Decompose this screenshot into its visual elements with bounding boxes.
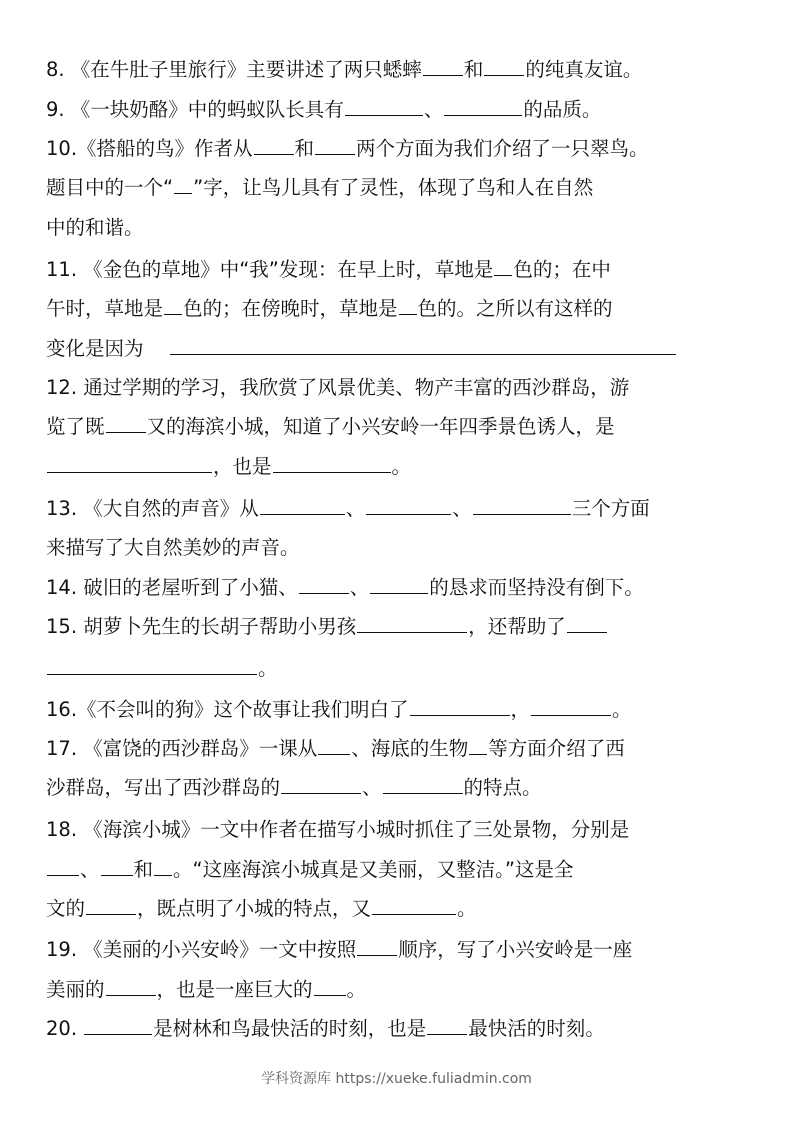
fill-in-blank[interactable] [494, 255, 512, 276]
line-text: 顺序，写了小兴安岭是一座 [398, 938, 632, 961]
fill-in-blank[interactable] [299, 573, 349, 594]
line-text: 又的海滨小城，知道了小兴安岭一年四季景色诱人，是 [147, 415, 615, 438]
line-text: 9. 《一块奶酪》中的蚂蚁队长具有 [46, 98, 344, 121]
line-text: 15. 胡萝卜先生的长胡子帮助小男孩 [46, 615, 356, 638]
line-text: 色的；在中 [513, 258, 611, 281]
fill-in-blank[interactable] [357, 935, 397, 956]
line-text: 14. 破旧的老屋听到了小猫、 [46, 576, 298, 599]
text-line: 、和。“这座海滨小城真是又美丽，又整洁。”这是全 [46, 855, 574, 885]
fill-in-blank[interactable] [531, 695, 611, 716]
fill-in-blank[interactable] [86, 894, 136, 915]
fill-in-blank[interactable] [106, 975, 156, 996]
fill-in-blank[interactable] [444, 95, 522, 116]
text-line: 览了既又的海滨小城，知道了小兴安岭一年四季景色诱人，是 [46, 412, 615, 442]
fill-in-blank[interactable] [345, 95, 423, 116]
text-line: 沙群岛，写出了西沙群岛的、的特点。 [46, 773, 542, 803]
fill-in-blank[interactable] [484, 55, 524, 76]
line-text: 中的和谐。 [46, 216, 144, 239]
line-text: 13. 《大自然的声音》从 [46, 497, 259, 520]
line-text: 午时，草地是 [46, 297, 163, 320]
line-text: 览了既 [46, 415, 105, 438]
text-line: 美丽的，也是一座巨大的。 [46, 975, 366, 1005]
line-text: 和 [464, 58, 484, 81]
fill-in-blank[interactable] [273, 452, 391, 473]
text-line: 16.《不会叫的狗》这个故事让我们明白了，。 [46, 695, 632, 725]
fill-in-blank[interactable] [427, 1014, 467, 1035]
line-text: 10.《搭船的鸟》作者从 [46, 137, 253, 160]
line-text: 来描写了大自然美妙的声音。 [46, 536, 300, 559]
line-text: 18. 《海滨小城》一文中作者在描写小城时抓住了三处景物，分别是 [46, 818, 629, 841]
line-text: ”字，让鸟儿具有了灵性，体现了鸟和人在自然 [193, 176, 593, 199]
fill-in-blank[interactable] [101, 855, 133, 876]
fill-in-blank[interactable] [357, 612, 467, 633]
fill-in-blank[interactable] [567, 612, 607, 633]
text-line: 14. 破旧的老屋听到了小猫、、的恳求而坚持没有倒下。 [46, 573, 644, 603]
line-text: 三个方面 [572, 497, 650, 520]
text-line: 9. 《一块奶酪》中的蚂蚁队长具有、的品质。 [46, 95, 601, 125]
line-text: 和 [134, 858, 154, 881]
line-text: 的纯真友谊。 [525, 58, 642, 81]
text-line: 12. 通过学期的学习，我欣赏了风景优美、物产丰富的西沙群岛，游 [46, 373, 629, 403]
fill-in-blank[interactable] [410, 695, 510, 716]
text-line: 13. 《大自然的声音》从、、三个方面 [46, 494, 650, 524]
text-line: 来描写了大自然美妙的声音。 [46, 533, 300, 563]
line-text: 。 [457, 897, 477, 920]
line-text: 沙群岛，写出了西沙群岛的 [46, 776, 280, 799]
line-text: 、海底的生物 [351, 737, 468, 760]
text-line: 中的和谐。 [46, 213, 144, 243]
fill-in-blank[interactable] [164, 294, 182, 315]
line-text: 题目中的一个“ [46, 176, 173, 199]
fill-in-blank[interactable] [254, 134, 294, 155]
fill-in-blank[interactable] [399, 294, 417, 315]
line-text: 、 [80, 858, 100, 881]
fill-in-blank[interactable] [106, 412, 146, 433]
fill-in-blank[interactable] [423, 55, 463, 76]
fill-in-blank[interactable] [318, 734, 350, 755]
line-text: 美丽的 [46, 978, 105, 1001]
line-text: 。 [258, 657, 278, 680]
text-line: ，也是。 [46, 452, 411, 482]
line-text: 的恳求而坚持没有倒下。 [429, 576, 644, 599]
text-line: 11. 《金色的草地》中“我”发现：在早上时，草地是色的；在中 [46, 255, 611, 285]
line-text: 16.《不会叫的狗》这个故事让我们明白了 [46, 698, 409, 721]
line-text: 色的；在傍晚时，草地是 [183, 297, 398, 320]
line-text: 色的。之所以有这样的 [418, 297, 613, 320]
worksheet-page: 8. 《在牛肚子里旅行》主要讲述了两只蟋蟀和的纯真友谊。9. 《一块奶酪》中的蚂… [0, 0, 793, 1122]
text-line: 午时，草地是色的；在傍晚时，草地是色的。之所以有这样的 [46, 294, 613, 324]
line-text: ，还帮助了 [468, 615, 566, 638]
text-line: 18. 《海滨小城》一文中作者在描写小城时抓住了三处景物，分别是 [46, 815, 629, 845]
line-text: 17. 《富饶的西沙群岛》一课从 [46, 737, 317, 760]
line-text: 。“这座海滨小城真是又美丽，又整洁。”这是全 [173, 858, 573, 881]
line-text: 、 [362, 776, 382, 799]
text-line: 变化是因为 [46, 334, 677, 364]
fill-in-blank[interactable] [174, 173, 192, 194]
footer-watermark: 学科资源库 https://xueke.fuliadmin.com [0, 1068, 793, 1088]
text-line: 文的，既点明了小城的特点，又。 [46, 894, 477, 924]
fill-in-blank[interactable] [469, 734, 487, 755]
line-text: ，也是一座巨大的 [157, 978, 313, 1001]
line-text: ，也是 [213, 455, 272, 478]
line-text: 。 [612, 698, 632, 721]
fill-in-blank[interactable] [370, 573, 428, 594]
fill-in-blank[interactable] [47, 855, 79, 876]
fill-in-blank[interactable] [372, 894, 456, 915]
fill-in-blank[interactable] [281, 773, 361, 794]
fill-in-blank[interactable] [366, 494, 451, 515]
line-text: 和 [295, 137, 315, 160]
line-text: 变化是因为 [46, 337, 169, 360]
line-text: 。 [347, 978, 367, 1001]
text-line: 。 [46, 654, 278, 684]
line-text: 、 [350, 576, 370, 599]
line-text: 20. [46, 1017, 83, 1040]
fill-in-blank[interactable] [314, 975, 346, 996]
text-line: 20. 是树林和鸟最快活的时刻，也是最快活的时刻。 [46, 1014, 605, 1044]
text-line: 19. 《美丽的小兴安岭》一文中按照顺序，写了小兴安岭是一座 [46, 935, 632, 965]
line-text: 的品质。 [523, 98, 601, 121]
line-text: 两个方面为我们介绍了一只翠鸟。 [356, 137, 649, 160]
line-text: 、 [424, 98, 444, 121]
fill-in-blank[interactable] [170, 334, 676, 355]
fill-in-blank[interactable] [260, 494, 345, 515]
line-text: 最快活的时刻。 [468, 1017, 605, 1040]
line-text: 。 [392, 455, 412, 478]
fill-in-blank[interactable] [84, 1014, 152, 1035]
line-text: ， [511, 698, 531, 721]
fill-in-blank[interactable] [47, 452, 212, 473]
fill-in-blank[interactable] [315, 134, 355, 155]
line-text: 12. 通过学期的学习，我欣赏了风景优美、物产丰富的西沙群岛，游 [46, 376, 629, 399]
line-text: ，既点明了小城的特点，又 [137, 897, 371, 920]
text-line: 8. 《在牛肚子里旅行》主要讲述了两只蟋蟀和的纯真友谊。 [46, 55, 642, 85]
line-text: 、 [346, 497, 366, 520]
line-text: 的特点。 [464, 776, 542, 799]
line-text: 是树林和鸟最快活的时刻，也是 [153, 1017, 426, 1040]
line-text: 、 [452, 497, 472, 520]
fill-in-blank[interactable] [383, 773, 463, 794]
line-text: 等方面介绍了西 [488, 737, 625, 760]
line-text: 19. 《美丽的小兴安岭》一文中按照 [46, 938, 356, 961]
fill-in-blank[interactable] [473, 494, 571, 515]
text-line: 15. 胡萝卜先生的长胡子帮助小男孩，还帮助了 [46, 612, 608, 642]
line-text: 8. 《在牛肚子里旅行》主要讲述了两只蟋蟀 [46, 58, 422, 81]
line-text: 文的 [46, 897, 85, 920]
text-line: 17. 《富饶的西沙群岛》一课从、海底的生物等方面介绍了西 [46, 734, 625, 764]
text-line: 10.《搭船的鸟》作者从和两个方面为我们介绍了一只翠鸟。 [46, 134, 649, 164]
fill-in-blank[interactable] [154, 855, 172, 876]
line-text: 11. 《金色的草地》中“我”发现：在早上时，草地是 [46, 258, 493, 281]
fill-in-blank[interactable] [47, 654, 257, 675]
text-line: 题目中的一个“”字，让鸟儿具有了灵性，体现了鸟和人在自然 [46, 173, 593, 203]
